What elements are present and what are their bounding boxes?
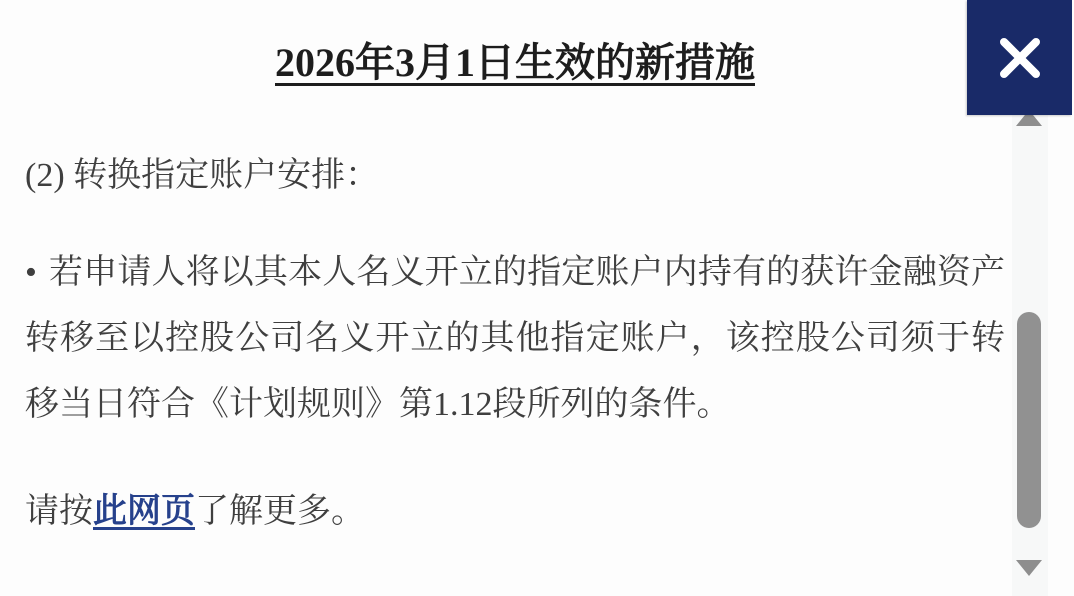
scroll-down-icon[interactable] <box>1016 560 1042 576</box>
bullet-line-1: •若申请人将以其本人名义开立的指定账户内持有的获许金融资产 <box>25 240 1005 306</box>
footer-prefix: 请按 <box>25 493 93 530</box>
close-button[interactable] <box>967 0 1072 115</box>
bullet-line-2: 转移至以控股公司名义开立的其他指定账户，该控股公司须于转 <box>25 306 1005 372</box>
close-icon <box>997 38 1043 78</box>
footer-note: 请按此网页了解更多。 <box>25 490 1005 534</box>
bullet-line-3: 移当日符合《计划规则》第1.12段所列的条件。 <box>25 372 1005 438</box>
more-info-link[interactable]: 此网页 <box>93 493 195 530</box>
modal-title: 2026年3月1日生效的新措施 <box>25 36 1005 90</box>
modal-content: 2026年3月1日生效的新措施 (2) 转换指定账户安排： •若申请人将以其本人… <box>25 0 1005 534</box>
bullet-icon: • <box>25 254 37 291</box>
bullet-paragraph: •若申请人将以其本人名义开立的指定账户内持有的获许金融资产 转移至以控股公司名义… <box>25 240 1005 438</box>
footer-suffix: 了解更多。 <box>195 493 365 530</box>
section-heading: (2) 转换指定账户安排： <box>25 154 1005 198</box>
scrollbar-thumb[interactable] <box>1017 312 1041 528</box>
bullet-line-1-text: 若申请人将以其本人名义开立的指定账户内持有的获许金融资产 <box>49 254 1005 291</box>
